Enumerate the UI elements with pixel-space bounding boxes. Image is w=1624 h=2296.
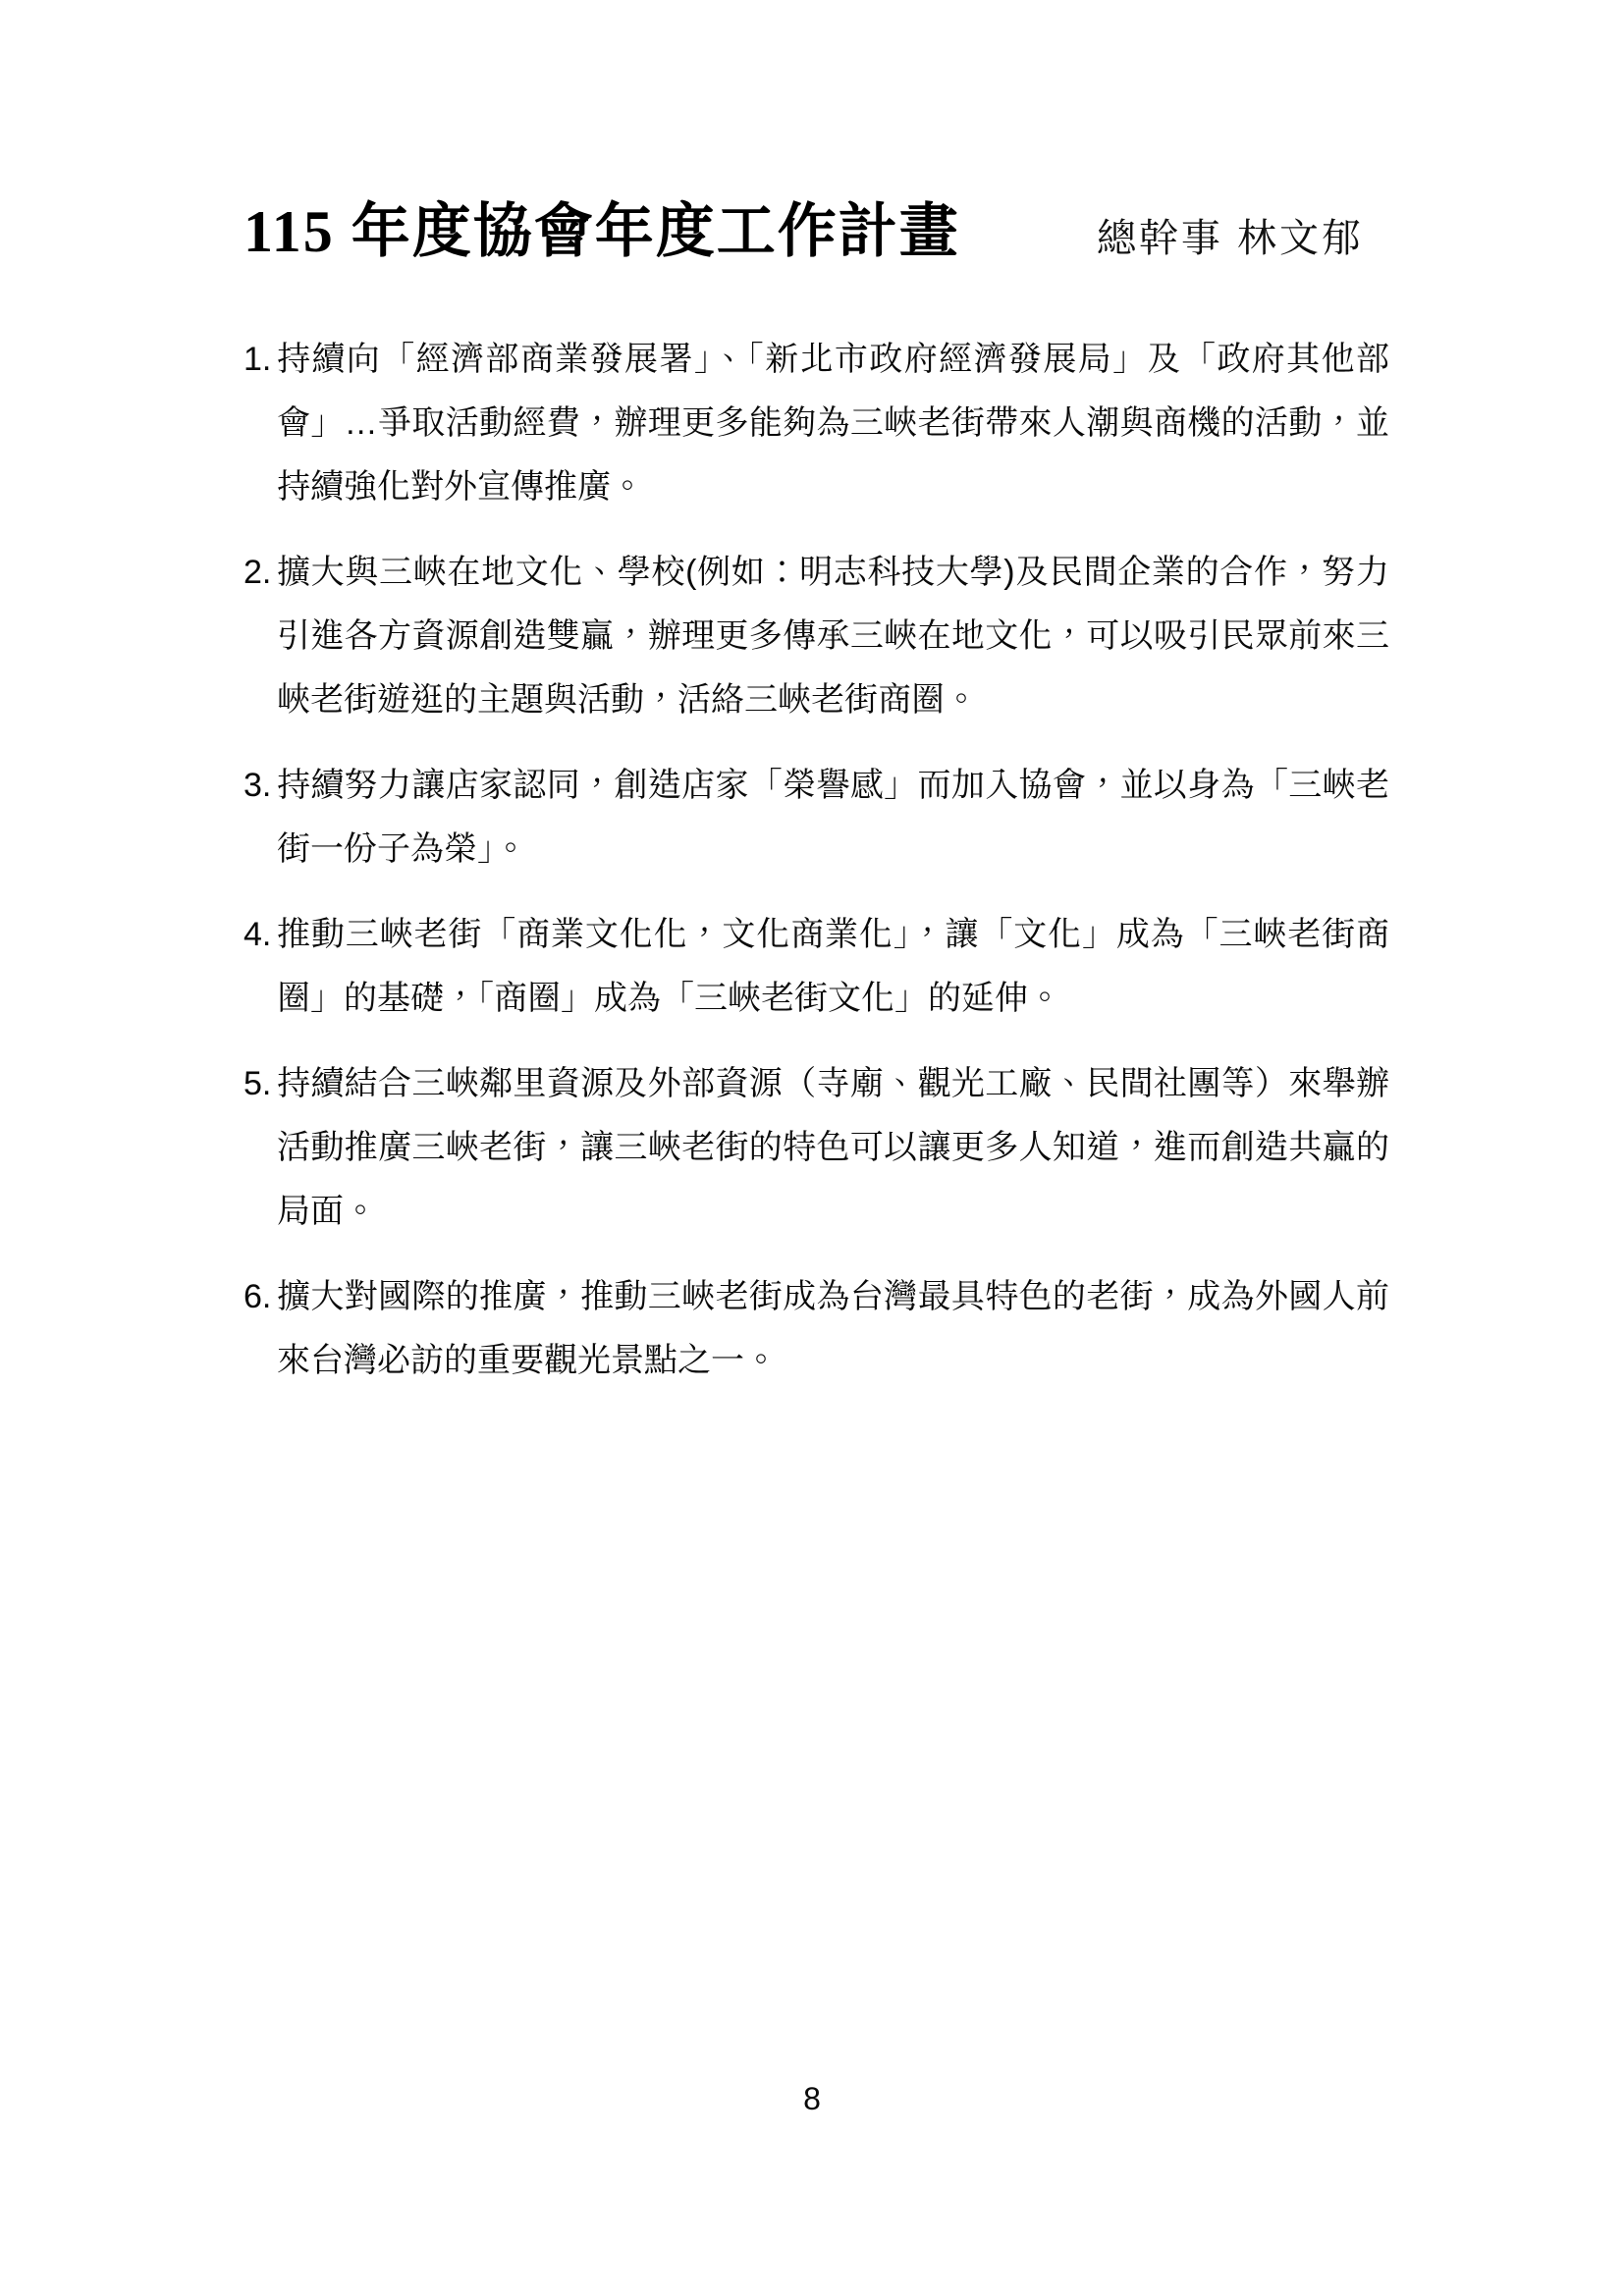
list-item: 2. 擴大與三峽在地文化、學校(例如：明志科技大學)及民間企業的合作，努力引進各…: [244, 541, 1389, 732]
list-item: 4. 推動三峽老街「商業文化化，文化商業化」，讓「文化」成為「三峽老街商圈」的基…: [244, 903, 1389, 1031]
list-item-number: 1.: [244, 328, 277, 392]
document-header: 115 年度協會年度工作計畫 總幹事 林文郁: [244, 187, 1389, 284]
list-item-text: 持續結合三峽鄰里資源及外部資源（寺廟、觀光工廠、民間社團等）來舉辦活動推廣三峽老…: [277, 1065, 1389, 1230]
list-item-number: 2.: [244, 541, 277, 605]
list-item-number: 3.: [244, 754, 277, 818]
page-title: 115 年度協會年度工作計畫: [244, 187, 960, 277]
list-item: 1. 持續向「經濟部商業發展署」、「新北市政府經濟發展局」及「政府其他部會」…爭…: [244, 328, 1389, 519]
list-item-number: 6.: [244, 1265, 277, 1329]
list-item-text: 擴大對國際的推廣，推動三峽老街成為台灣最具特色的老街，成為外國人前來台灣必訪的重…: [277, 1278, 1389, 1379]
list-item: 6. 擴大對國際的推廣，推動三峽老街成為台灣最具特色的老街，成為外國人前來台灣必…: [244, 1265, 1389, 1393]
page-content: 115 年度協會年度工作計畫 總幹事 林文郁 1. 持續向「經濟部商業發展署」、…: [0, 0, 1624, 1393]
list-item-text: 推動三峽老街「商業文化化，文化商業化」，讓「文化」成為「三峽老街商圈」的基礎，「…: [277, 916, 1389, 1017]
work-plan-list: 1. 持續向「經濟部商業發展署」、「新北市政府經濟發展局」及「政府其他部會」…爭…: [244, 328, 1389, 1393]
list-item-text: 持續努力讓店家認同，創造店家「榮譽感」而加入協會，並以身為「三峽老街一份子為榮」…: [277, 767, 1389, 868]
list-item: 5. 持續結合三峽鄰里資源及外部資源（寺廟、觀光工廠、民間社團等）來舉辦活動推廣…: [244, 1052, 1389, 1244]
list-item-text: 持續向「經濟部商業發展署」、「新北市政府經濟發展局」及「政府其他部會」…爭取活動…: [277, 341, 1389, 506]
document-page: 115 年度協會年度工作計畫 總幹事 林文郁 1. 持續向「經濟部商業發展署」、…: [0, 0, 1624, 2296]
author-name: 總幹事 林文郁: [1097, 193, 1364, 284]
list-item: 3. 持續努力讓店家認同，創造店家「榮譽感」而加入協會，並以身為「三峽老街一份子…: [244, 754, 1389, 881]
list-item-number: 4.: [244, 903, 277, 967]
page-number: 8: [0, 2081, 1624, 2117]
list-item-number: 5.: [244, 1052, 277, 1116]
list-item-text: 擴大與三峽在地文化、學校(例如：明志科技大學)及民間企業的合作，努力引進各方資源…: [277, 554, 1389, 719]
